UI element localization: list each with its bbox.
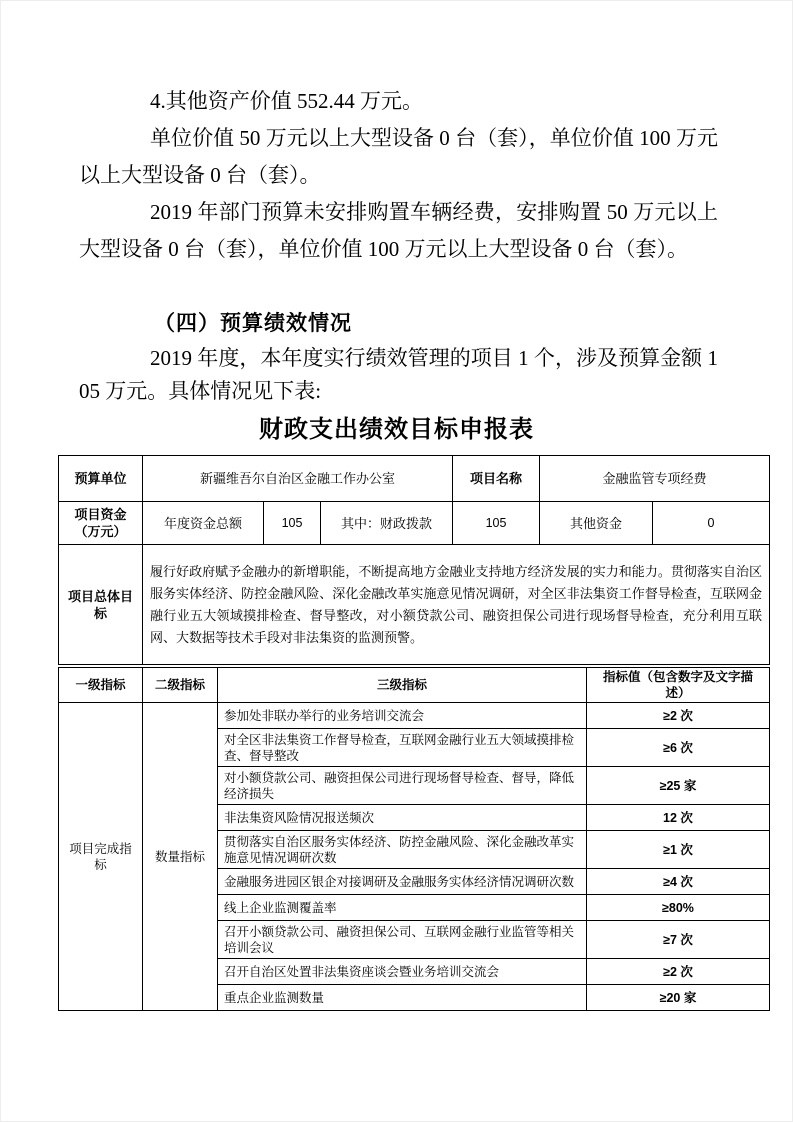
indicator-name-cell: 金融服务进园区银企对接调研及金融服务实体经济情况调研次数 bbox=[218, 869, 587, 895]
indicator-name-cell: 召开自治区处置非法集资座谈会暨业务培训交流会 bbox=[218, 959, 587, 985]
indicator-name-cell: 召开小额贷款公司、融资担保公司、互联网金融行业监管等相关培训会议 bbox=[218, 921, 587, 959]
level1-value-cell: 项目完成指标 bbox=[59, 703, 143, 1011]
indicator-value-cell: 12 次 bbox=[587, 805, 770, 831]
fiscal-fund-value-cell: 105 bbox=[453, 502, 540, 545]
project-label-cell: 项目名称 bbox=[453, 456, 540, 502]
project-value-cell: 金融监管专项经费 bbox=[540, 456, 770, 502]
fund-row: 项目资金（万元） 年度资金总额 105 其中：财政拨款 105 其他资金 0 bbox=[59, 502, 770, 545]
indicator-name-cell: 参加处非联办举行的业务培训交流会 bbox=[218, 703, 587, 729]
unit-label-cell: 预算单位 bbox=[59, 456, 143, 502]
indicator-name-cell: 对全区非法集资工作督导检查，互联网金融行业五大领域摸排检查、督导整改 bbox=[218, 729, 587, 767]
level3-header-cell: 三级指标 bbox=[218, 668, 587, 703]
budget-info-table: 预算单位 新疆维吾尔自治区金融工作办公室 项目名称 金融监管专项经费 项目资金（… bbox=[58, 455, 770, 665]
indicator-value-cell: ≥6 次 bbox=[587, 729, 770, 767]
paragraph-equipment: 单位价值 50 万元以上大型设备 0 台（套），单位价值 100 万元以上大型设… bbox=[79, 120, 718, 194]
indicator-value-cell: ≥2 次 bbox=[587, 703, 770, 729]
indicator-value-cell: ≥4 次 bbox=[587, 869, 770, 895]
document-page: 4.其他资产价值 552.44 万元。 单位价值 50 万元以上大型设备 0 台… bbox=[0, 0, 793, 1122]
indicator-name-cell: 对小额贷款公司、融资担保公司进行现场督导检查、督导，降低经济损失 bbox=[218, 767, 587, 805]
indicator-header-row: 一级指标 二级指标 三级指标 指标值（包含数字及文字描述） bbox=[59, 668, 770, 703]
indicator-value-cell: ≥1 次 bbox=[587, 831, 770, 869]
unit-value-cell: 新疆维吾尔自治区金融工作办公室 bbox=[143, 456, 453, 502]
goal-text-cell: 履行好政府赋予金融办的新增职能，不断提高地方金融业支持地方经济发展的实力和能力。… bbox=[143, 545, 770, 665]
paragraph-other-assets: 4.其他资产价值 552.44 万元。 bbox=[79, 83, 718, 120]
level2-header-cell: 二级指标 bbox=[143, 668, 218, 703]
section-heading-performance: （四）预算绩效情况 bbox=[154, 305, 718, 342]
other-fund-label-cell: 其他资金 bbox=[540, 502, 653, 545]
indicator-value-cell: ≥80% bbox=[587, 895, 770, 921]
level2-value-cell: 数量指标 bbox=[143, 703, 218, 1011]
annual-fund-label-cell: 年度资金总额 bbox=[143, 502, 264, 545]
annual-fund-value-cell: 105 bbox=[264, 502, 321, 545]
indicator-value-cell: ≥25 家 bbox=[587, 767, 770, 805]
indicator-row: 项目完成指标 数量指标 参加处非联办举行的业务培训交流会 ≥2 次 bbox=[59, 703, 770, 729]
paragraph-intro: 2019 年度，本年度实行绩效管理的项目 1 个，涉及预算金额 105 万元。具… bbox=[79, 342, 718, 408]
indicator-value-cell: ≥7 次 bbox=[587, 921, 770, 959]
table-title: 财政支出绩效目标申报表 bbox=[1, 409, 792, 444]
paragraph-2019-budget: 2019 年部门预算未安排购置车辆经费，安排购置 50 万元以上大型设备 0 台… bbox=[79, 194, 718, 268]
overall-goal-row: 项目总体目标 履行好政府赋予金融办的新增职能，不断提高地方金融业支持地方经济发展… bbox=[59, 545, 770, 665]
level1-header-cell: 一级指标 bbox=[59, 668, 143, 703]
indicator-name-cell: 非法集资风险情况报送频次 bbox=[218, 805, 587, 831]
fund-label-cell: 项目资金（万元） bbox=[59, 502, 143, 545]
indicator-name-cell: 重点企业监测数量 bbox=[218, 985, 587, 1011]
indicator-value-cell: ≥20 家 bbox=[587, 985, 770, 1011]
goal-label-cell: 项目总体目标 bbox=[59, 545, 143, 665]
other-fund-value-cell: 0 bbox=[653, 502, 770, 545]
indicator-name-cell: 线上企业监测覆盖率 bbox=[218, 895, 587, 921]
indicator-table: 一级指标 二级指标 三级指标 指标值（包含数字及文字描述） 项目完成指标 数量指… bbox=[58, 667, 770, 1011]
document-body: 4.其他资产价值 552.44 万元。 单位价值 50 万元以上大型设备 0 台… bbox=[79, 83, 718, 408]
indicator-name-cell: 贯彻落实自治区服务实体经济、防控金融风险、深化金融改革实施意见情况调研次数 bbox=[218, 831, 587, 869]
value-header-cell: 指标值（包含数字及文字描述） bbox=[587, 668, 770, 703]
unit-row: 预算单位 新疆维吾尔自治区金融工作办公室 项目名称 金融监管专项经费 bbox=[59, 456, 770, 502]
fiscal-fund-label-cell: 其中：财政拨款 bbox=[321, 502, 453, 545]
indicator-value-cell: ≥2 次 bbox=[587, 959, 770, 985]
